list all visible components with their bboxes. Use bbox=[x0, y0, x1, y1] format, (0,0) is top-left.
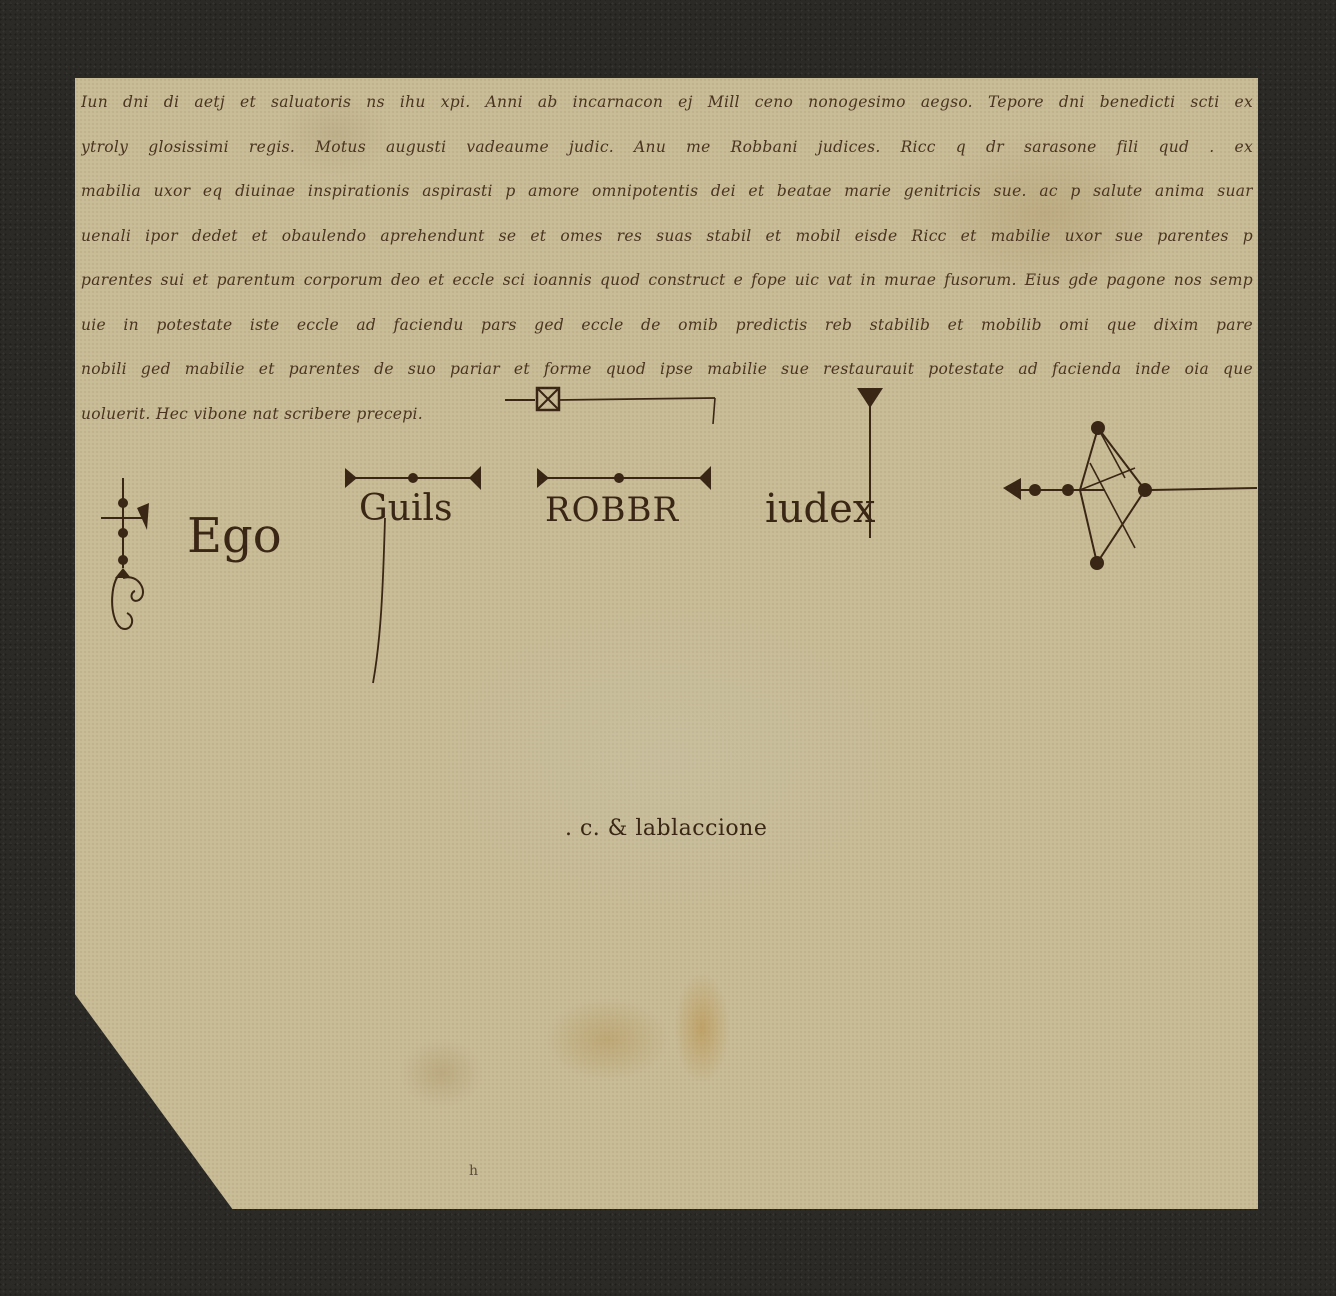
signature-ego: Ego bbox=[187, 508, 282, 564]
later-annotation: . c. & lablaccione bbox=[565, 816, 767, 841]
signature-surname: ROBBR bbox=[545, 490, 679, 530]
text-line-1: Iun dni di aetj et saluatoris ns ihu xpi… bbox=[81, 80, 1253, 125]
signature-title: iudex bbox=[765, 486, 875, 532]
parchment-sheet: Iun dni di aetj et saluatoris ns ihu xpi… bbox=[75, 78, 1258, 1209]
text-line-3: mabilia uxor eq diuinae inspirationis as… bbox=[81, 169, 1253, 214]
text-line-4: uenali ipor dedet et obaulendo aprehendu… bbox=[81, 214, 1253, 259]
diamond-signum-icon bbox=[995, 408, 1259, 588]
text-line-6: uie in potestate iste eccle ad faciendu … bbox=[81, 303, 1253, 348]
text-line-2: ytroly glosissimi regis. Motus augusti v… bbox=[81, 125, 1253, 170]
cross-monogram-icon bbox=[89, 478, 159, 648]
subscription-row: Ego Guils ROBBR iudex bbox=[75, 368, 1258, 688]
name-descender-stroke bbox=[373, 518, 393, 688]
text-line-5: parentes sui et parentum corporum deo et… bbox=[81, 258, 1253, 303]
pencil-mark: h bbox=[469, 1163, 478, 1179]
